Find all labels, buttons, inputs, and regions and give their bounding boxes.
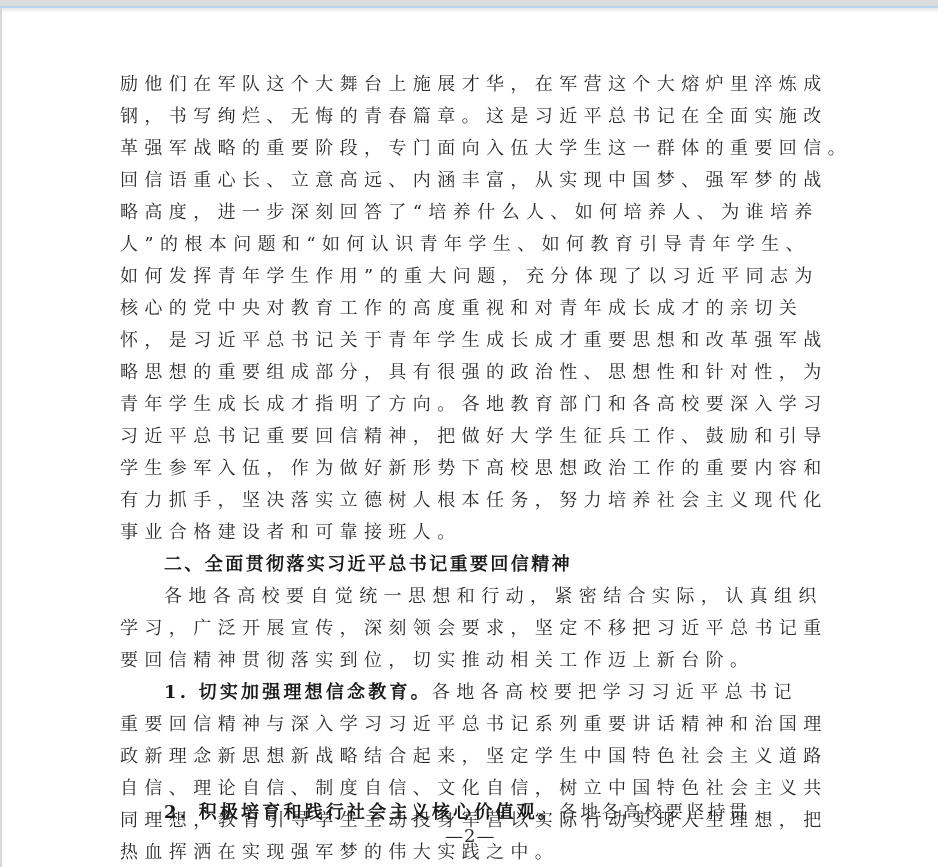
section-paragraph-line: 各地各高校要自觉统一思想和行动，紧密结合实际，认真组织 [164, 584, 823, 610]
item-1-text: 各地各高校要把学习习近平总书记 [432, 682, 798, 703]
item-1-title: 1. 切实加强理想信念教育。 [164, 682, 432, 703]
body-line: 钢，书写绚烂、无悔的青春篇章。这是习近平总书记在全面实施改 [120, 104, 828, 130]
body-line: 青年学生成长成才指明了方向。各地教育部门和各高校要深入学习 [120, 392, 828, 418]
body-line: 励他们在军队这个大舞台上施展才华，在军营这个大熔炉里淬炼成 [120, 72, 828, 98]
body-line: 学生参军入伍，作为做好新形势下高校思想政治工作的重要内容和 [120, 456, 828, 482]
page-number: —2— [445, 826, 495, 847]
body-line: 略高度，进一步深刻回答了“培养什么人、如何培养人、为谁培养 [120, 200, 819, 226]
body-line: 如何发挥青年学生作用”的重大问题，充分体现了以习近平同志为 [120, 264, 819, 290]
item-1-line: 重要回信精神与深入学习习近平总书记系列重要讲话精神和治国理 [120, 712, 828, 738]
item-2-first-line: 2. 积极培育和践行社会主义核心价值观。各地各高校要坚持贯 [164, 800, 750, 826]
body-line: 有力抓手，坚决落实立德树人根本任务，努力培养社会主义现代化 [120, 488, 828, 514]
page-left-edge [0, 8, 2, 867]
section-heading: 二、全面贯彻落实习近平总书记重要回信精神 [164, 552, 572, 578]
body-line: 习近平总书记重要回信精神，把做好大学生征兵工作、鼓励和引导 [120, 424, 828, 450]
section-paragraph-line: 学习，广泛开展宣传，深刻领会要求，坚定不移把习近平总书记重 [120, 616, 828, 642]
item-1-line: 自信、理论自信、制度自信、文化自信，树立中国特色社会主义共 [120, 776, 828, 802]
item-2-title: 2. 积极培育和践行社会主义核心价值观。 [164, 802, 559, 823]
body-line: 革强军战略的重要阶段，专门面向入伍大学生这一群体的重要回信。 [120, 136, 852, 162]
item-1-first-line: 1. 切实加强理想信念教育。各地各高校要把学习习近平总书记 [164, 680, 798, 706]
item-2-text: 各地各高校要坚持贯 [559, 802, 750, 823]
body-line: 略思想的重要组成部分，具有很强的政治性、思想性和针对性，为 [120, 360, 828, 386]
section-paragraph-line: 要回信精神贯彻落实到位，切实推动相关工作迈上新台阶。 [120, 648, 754, 674]
body-line: 人”的根本问题和“如何认识青年学生、如何教育引导青年学生、 [120, 232, 810, 258]
body-line: 回信语重心长、立意高远、内涵丰富，从实现中国梦、强军梦的战 [120, 168, 828, 194]
body-line: 怀，是习近平总书记关于青年学生成长成才重要思想和改革强军战 [120, 328, 828, 354]
item-1-line: 政新理念新思想新战略结合起来，坚定学生中国特色社会主义道路 [120, 744, 828, 770]
body-line: 核心的党中央对教育工作的高度重视和对青年成长成才的亲切关 [120, 296, 803, 322]
document-viewer: 励他们在军队这个大舞台上施展才华，在军营这个大熔炉里淬炼成 钢，书写绚烂、无悔的… [0, 0, 938, 867]
viewer-top-shadow [0, 8, 938, 13]
body-line: 事业合格建设者和可靠接班人。 [120, 520, 462, 546]
